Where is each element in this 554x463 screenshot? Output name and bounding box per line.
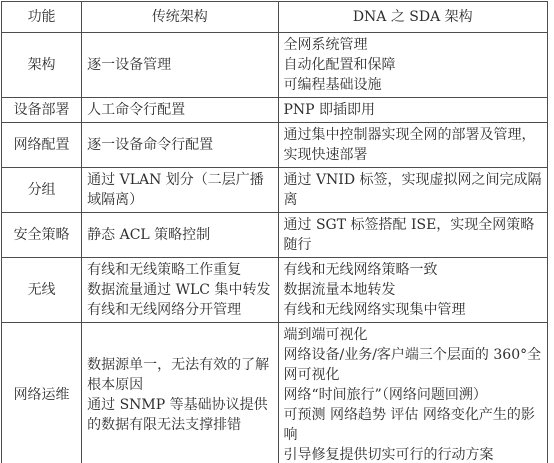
cell-line: 静态 ACL 策略控制 (87, 225, 272, 245)
feature-cell: 网络配置 (2, 123, 82, 168)
column-header-feature: 功能 (2, 2, 82, 33)
traditional-cell: 有线和无线策略工作重复数据流量通过 WLC 集中转发有线和无线网络分开管理 (82, 258, 278, 323)
traditional-cell: 通过 VLAN 划分（二层广播域隔离） (82, 168, 278, 213)
feature-cell: 架构 (2, 33, 82, 98)
cell-line: 通过 SNMP 等基础协议提供的数据有限无法支撑排错 (87, 395, 272, 435)
table-row: 网络配置逐一设备命令行配置通过集中控制器实现全网的部署及管理，实现快速部署 (2, 123, 548, 168)
table-row: 分组通过 VLAN 划分（二层广播域隔离）通过 VNID 标签，实现虚拟网之间完… (2, 168, 548, 213)
traditional-cell: 数据源单一，无法有效的了解根本原因通过 SNMP 等基础协议提供的数据有限无法支… (82, 323, 278, 463)
sda-cell: 端到端可视化网络设备/业务/客户端三个层面的 360°全网可视化网络“时间旅行”… (278, 323, 548, 463)
cell-line: 逐一设备管理 (87, 55, 272, 75)
column-header-sda: DNA 之 SDA 架构 (278, 2, 548, 33)
table-body: 架构逐一设备管理全网系统管理自动化配置和保障可编程基础设施设备部署人工命令行配置… (2, 33, 548, 463)
table-row: 架构逐一设备管理全网系统管理自动化配置和保障可编程基础设施 (2, 33, 548, 98)
sda-cell: PNP 即插即用 (278, 98, 548, 123)
table-row: 安全策略静态 ACL 策略控制通过 SGT 标签搭配 ISE，实现全网策略随行 (2, 213, 548, 258)
cell-line: 全网系统管理 (284, 35, 543, 55)
sda-cell: 全网系统管理自动化配置和保障可编程基础设施 (278, 33, 548, 98)
cell-line: 数据流量本地转发 (284, 280, 543, 300)
feature-cell: 分组 (2, 168, 82, 213)
cell-line: 有线和无线网络策略一致 (284, 260, 543, 280)
cell-line: 有线和无线网络分开管理 (87, 300, 272, 320)
cell-line: 逐一设备命令行配置 (87, 135, 272, 155)
cell-line: 可预测 网络趋势 评估 网络变化产生的影响 (284, 405, 543, 445)
traditional-cell: 静态 ACL 策略控制 (82, 213, 278, 258)
table-row: 网络运维数据源单一，无法有效的了解根本原因通过 SNMP 等基础协议提供的数据有… (2, 323, 548, 463)
cell-line: 可编程基础设施 (284, 75, 543, 95)
cell-line: 自动化配置和保障 (284, 55, 543, 75)
feature-cell: 安全策略 (2, 213, 82, 258)
cell-line: 有线和无线网络实现集中管理 (284, 300, 543, 320)
cell-line: 通过 SGT 标签搭配 ISE，实现全网策略随行 (284, 215, 543, 255)
traditional-cell: 人工命令行配置 (82, 98, 278, 123)
document-page: 功能 传统架构 DNA 之 SDA 架构 架构逐一设备管理全网系统管理自动化配置… (0, 0, 554, 463)
cell-line: 通过 VLAN 划分（二层广播域隔离） (87, 170, 272, 210)
cell-line: 通过 VNID 标签，实现虚拟网之间完成隔离 (284, 170, 543, 210)
sda-cell: 通过 SGT 标签搭配 ISE，实现全网策略随行 (278, 213, 548, 258)
cell-line: 通过集中控制器实现全网的部署及管理，实现快速部署 (284, 125, 543, 165)
cell-line: 数据源单一，无法有效的了解根本原因 (87, 355, 272, 395)
cell-line: 引导修复提供切实可行的行动方案 (284, 445, 543, 463)
sda-cell: 有线和无线网络策略一致数据流量本地转发有线和无线网络实现集中管理 (278, 258, 548, 323)
table-row: 设备部署人工命令行配置PNP 即插即用 (2, 98, 548, 123)
cell-line: 端到端可视化 (284, 325, 543, 345)
header-row: 功能 传统架构 DNA 之 SDA 架构 (2, 2, 548, 33)
table-row: 无线有线和无线策略工作重复数据流量通过 WLC 集中转发有线和无线网络分开管理有… (2, 258, 548, 323)
comparison-table: 功能 传统架构 DNA 之 SDA 架构 架构逐一设备管理全网系统管理自动化配置… (1, 1, 548, 463)
column-header-traditional: 传统架构 (82, 2, 278, 33)
feature-cell: 网络运维 (2, 323, 82, 463)
traditional-cell: 逐一设备管理 (82, 33, 278, 98)
traditional-cell: 逐一设备命令行配置 (82, 123, 278, 168)
cell-line: 网络“时间旅行”（网络问题回溯） (284, 385, 543, 405)
feature-cell: 设备部署 (2, 98, 82, 123)
cell-line: 人工命令行配置 (87, 100, 272, 120)
sda-cell: 通过 VNID 标签，实现虚拟网之间完成隔离 (278, 168, 548, 213)
cell-line: 数据流量通过 WLC 集中转发 (87, 280, 272, 300)
sda-cell: 通过集中控制器实现全网的部署及管理，实现快速部署 (278, 123, 548, 168)
cell-line: PNP 即插即用 (284, 100, 543, 120)
cell-line: 有线和无线策略工作重复 (87, 260, 272, 280)
feature-cell: 无线 (2, 258, 82, 323)
cell-line: 网络设备/业务/客户端三个层面的 360°全网可视化 (284, 345, 543, 385)
